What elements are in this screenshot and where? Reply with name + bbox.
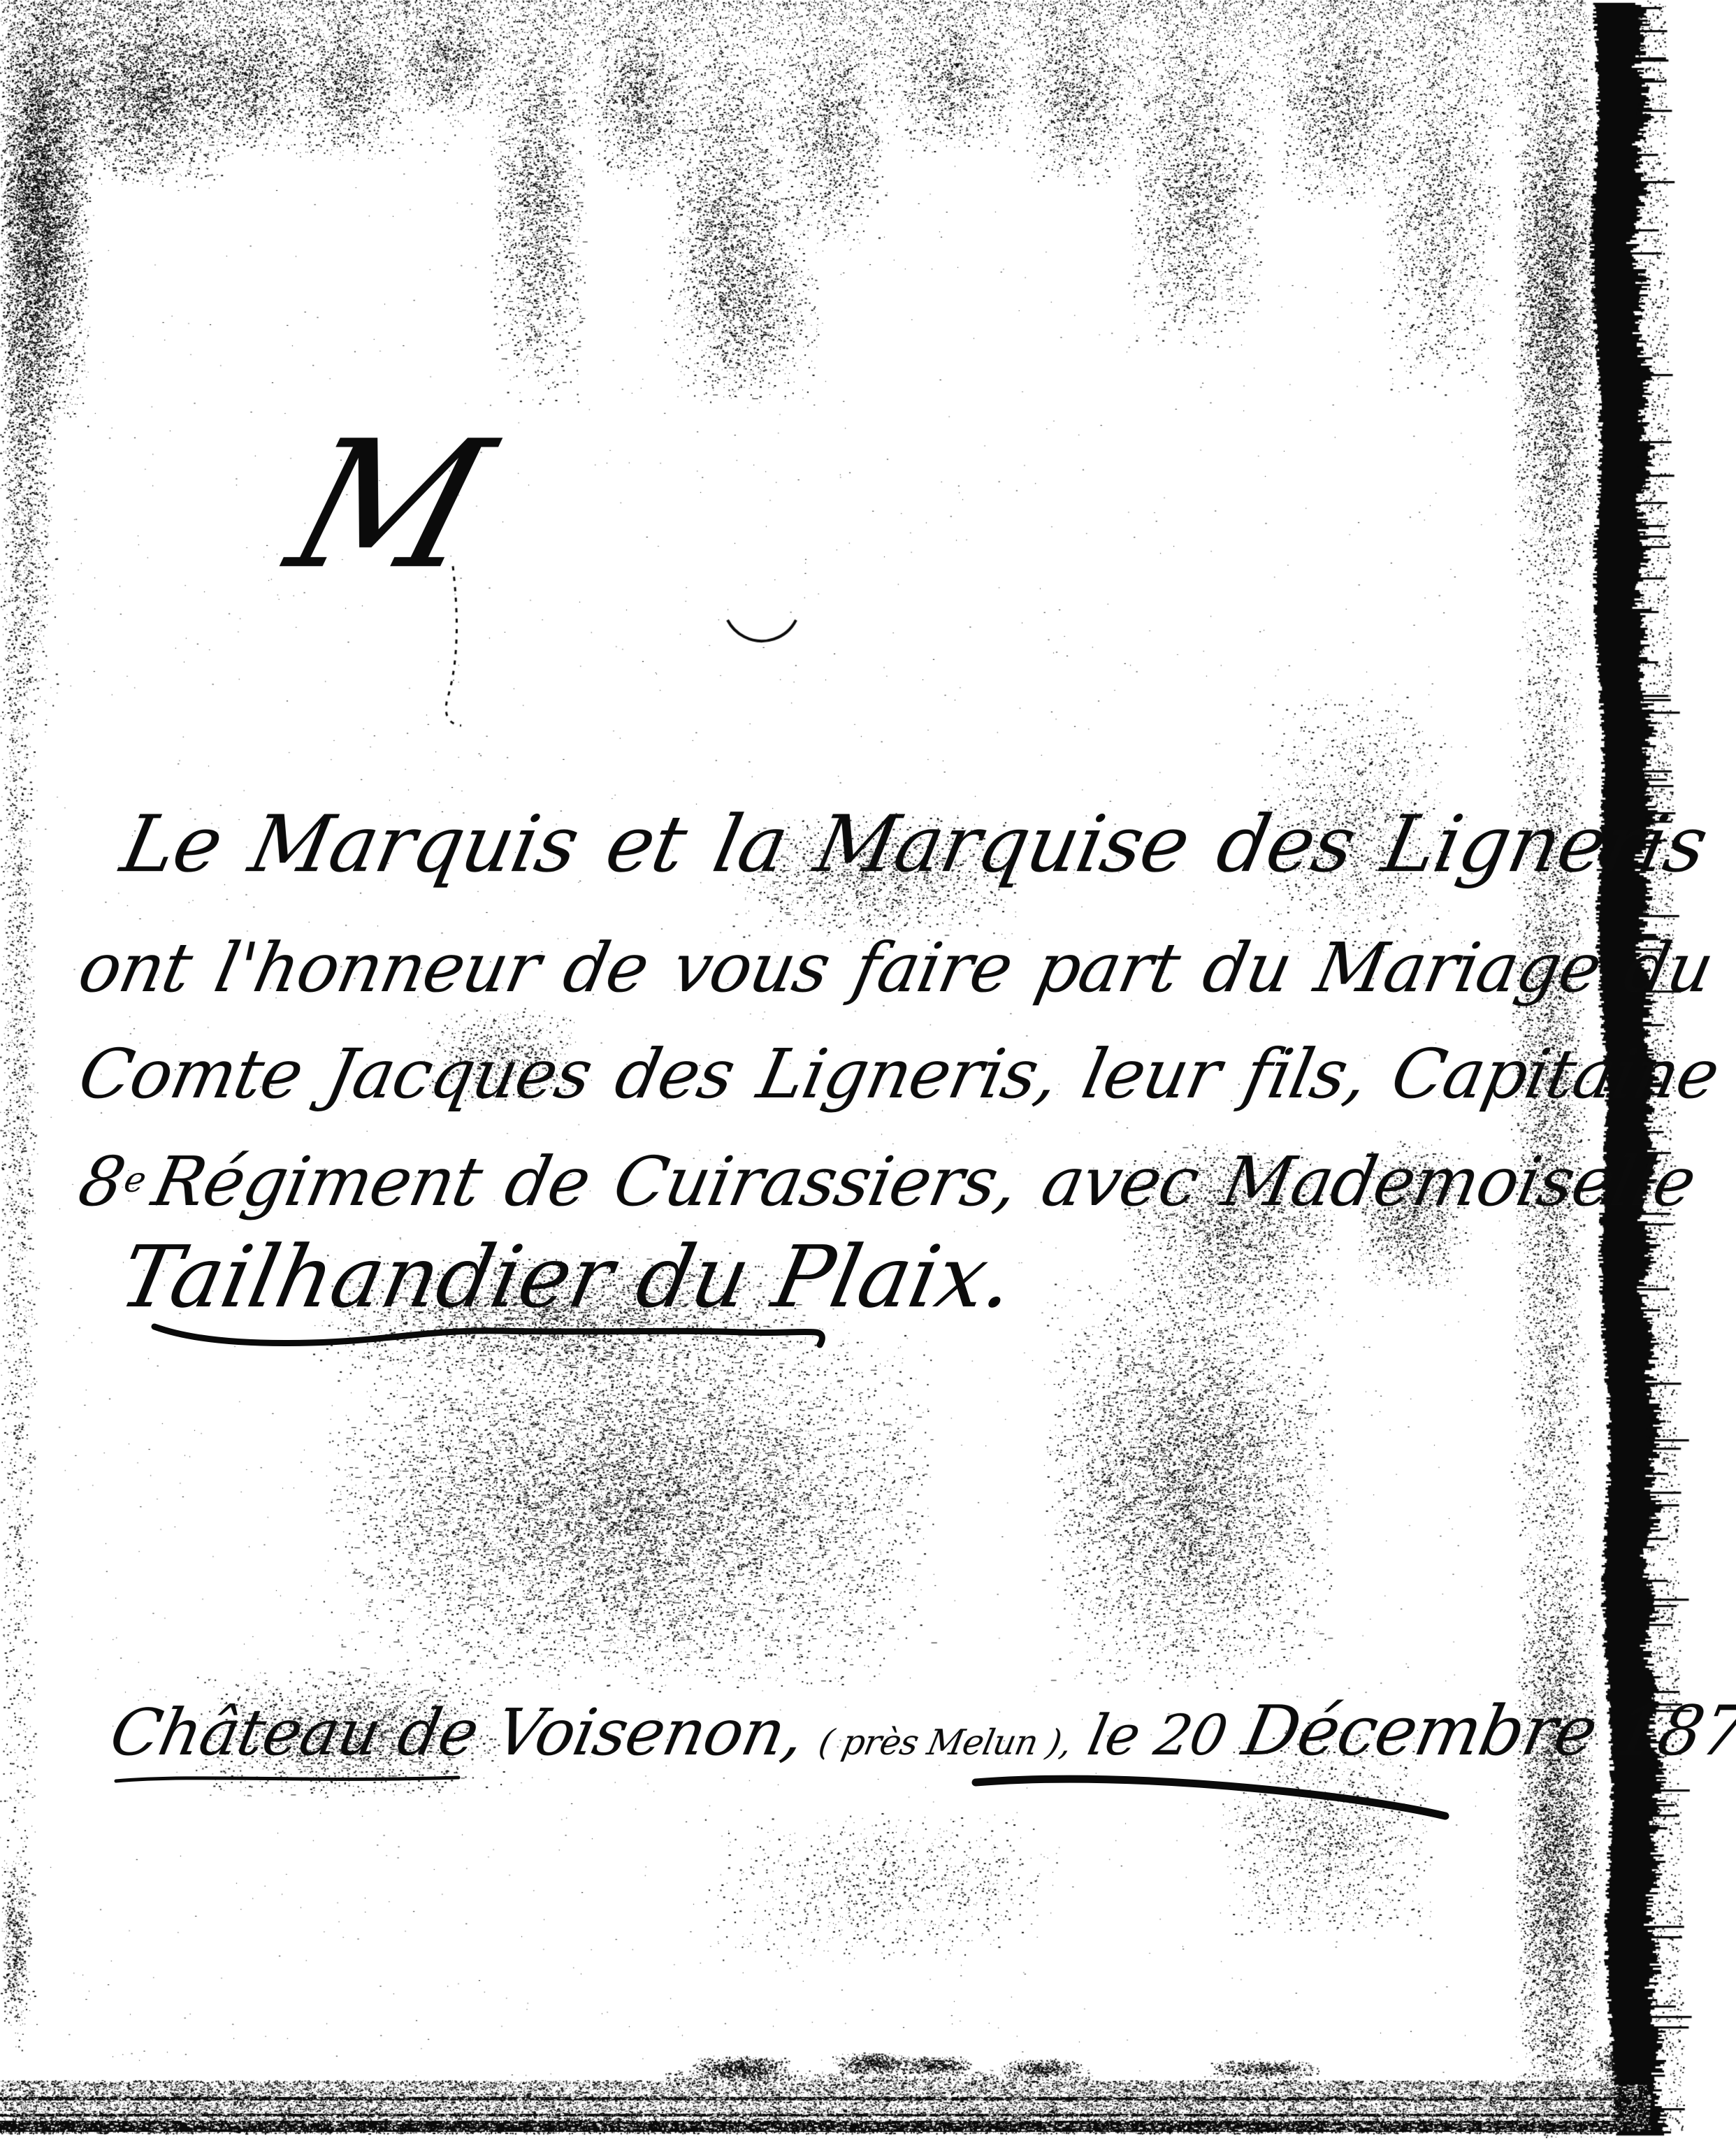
hosts-line: Le Marquis et la Marquise des Ligneris bbox=[115, 805, 1714, 884]
honour-line: ont l'honneur de vous faire part du Mari… bbox=[73, 934, 1719, 1002]
place-name: Château de Voisenon, bbox=[105, 1701, 810, 1765]
place-flourish-stroke bbox=[113, 1771, 463, 1787]
scanned-page: M Le Marquis et la Marquise des Ligneris… bbox=[0, 0, 1736, 2141]
near-town-note: ( près Melun ), bbox=[816, 1725, 1075, 1760]
date-place-line: Château de Voisenon, ( près Melun ), le … bbox=[105, 1697, 1736, 1766]
bride-name-line: Tailhandier du Plaix. bbox=[113, 1234, 1022, 1320]
date-underline bbox=[971, 1773, 1454, 1827]
month-year: Décembre 1877. bbox=[1238, 1697, 1736, 1766]
regiment-rest: Régiment de Cuirassiers, avec Mademoisel… bbox=[146, 1142, 1702, 1221]
groom-line: Comte Jacques des Ligneris, leur fils, C… bbox=[73, 1040, 1736, 1108]
regiment-line: 8eRégiment de Cuirassiers, avec Mademois… bbox=[73, 1148, 1701, 1216]
date-prefix: le 20 bbox=[1083, 1708, 1231, 1764]
